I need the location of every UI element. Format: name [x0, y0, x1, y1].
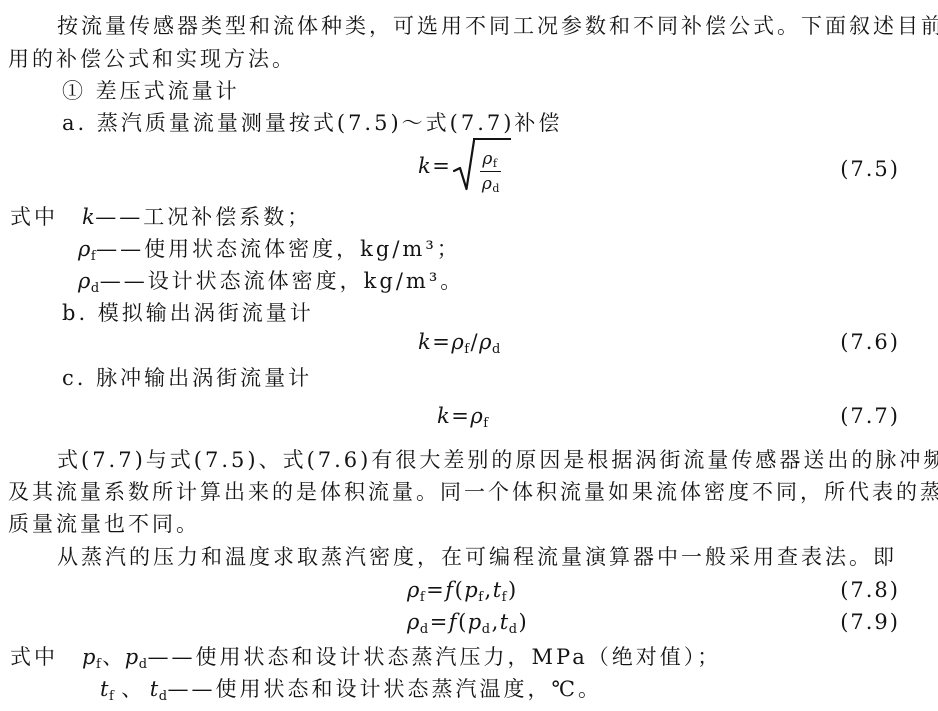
subscript-f: f	[109, 689, 114, 704]
fraction: ρfρd	[480, 149, 501, 194]
var-p-f: p	[82, 645, 96, 669]
document-page: 按流量传感器类型和流体种类，可选用不同工况参数和不同补偿公式。下面叙述目前常 用…	[0, 0, 938, 711]
subscript-f: f	[493, 157, 498, 170]
equation-number-7-5: (7.5)	[840, 156, 900, 182]
definition-t-text: ——使用状态和设计状态蒸汽温度，℃。	[168, 677, 603, 701]
subscript-d: d	[139, 657, 148, 672]
function-f: f	[445, 578, 453, 602]
list-item-a-steam-mass-flow: a. 蒸汽质量流量测量按式(7.5)～式(7.7)补偿	[62, 110, 562, 136]
var-t-f: t	[100, 677, 109, 701]
radical-icon	[453, 138, 475, 194]
definition-p-text: ——使用状态和设计状态蒸汽压力，MPa（绝对值）；	[148, 645, 722, 669]
paragraph-3-line-1: 从蒸汽的压力和温度求取蒸汽密度，在可编程流量演算器中一般采用查表法。即	[57, 544, 897, 570]
var-rho-d: ρ	[482, 174, 493, 194]
fraction-denominator: ρd	[482, 172, 500, 194]
right-paren: )	[518, 610, 529, 634]
definition-t: tf、td——使用状态和设计状态蒸汽温度，℃。	[100, 676, 602, 702]
definition-p: 式中pf、pd——使用状态和设计状态蒸汽压力，MPa（绝对值）；	[10, 644, 721, 670]
subscript-d: d	[492, 342, 501, 357]
var-p-f: p	[464, 578, 478, 602]
var-t-d: t	[150, 677, 159, 701]
paragraph-1-line-2: 用的补偿公式和实现方法。	[8, 46, 296, 72]
subscript-d: d	[482, 622, 491, 637]
subscript-f: f	[478, 590, 483, 605]
var-t-f: t	[493, 578, 502, 602]
fraction-numerator: ρf	[480, 149, 501, 172]
equation-number-7-9: (7.9)	[840, 609, 900, 635]
definition-rho-d: ρd——设计状态流体密度，kg/m³。	[78, 268, 464, 294]
divide-slash: /	[470, 330, 480, 354]
list-item-c-pulse-vortex-flowmeter: c. 脉冲输出涡街流量计	[62, 365, 312, 391]
definition-k: 式中k——工况补偿系数；	[10, 204, 311, 230]
var-t-d: t	[500, 610, 509, 634]
var-rho-f: ρ	[482, 149, 493, 169]
subscript-f: f	[483, 416, 488, 431]
var-k: k	[418, 153, 431, 179]
equation-7-7: k=ρf	[437, 403, 489, 429]
subscript-d: d	[91, 281, 100, 296]
equals-sign: =	[431, 153, 451, 179]
equals-sign: =	[431, 330, 451, 354]
comma: ,	[491, 610, 500, 634]
equals-sign: =	[425, 578, 445, 602]
var-rho-d: ρ	[407, 610, 420, 634]
subscript-d: d	[492, 182, 500, 195]
equation-number-7-8: (7.8)	[840, 577, 900, 603]
equation-7-9: ρd=f(pd,td)	[407, 609, 528, 635]
left-paren: (	[457, 610, 468, 634]
definition-rho-d-text: ——设计状态流体密度，kg/m³。	[100, 269, 465, 293]
list-item-b-analog-vortex-flowmeter: b. 模拟输出涡街流量计	[62, 300, 314, 326]
equals-sign: =	[450, 404, 470, 428]
list-item-differential-pressure-flowmeter: ① 差压式流量计	[62, 78, 240, 104]
subscript-f: f	[464, 342, 469, 357]
paragraph-2-line-1: 式(7.7)与式(7.5)、式(7.6)有很大差别的原因是根据涡街流量传感器送出…	[57, 447, 938, 473]
definition-k-text: ——工况补偿系数；	[95, 205, 311, 229]
var-p-d: p	[468, 610, 482, 634]
equation-number-7-7: (7.7)	[840, 403, 900, 429]
comma: ,	[484, 578, 493, 602]
paragraph-1-line-1: 按流量传感器类型和流体种类，可选用不同工况参数和不同补偿公式。下面叙述目前常	[57, 13, 938, 39]
square-root: ρfρd	[453, 138, 511, 194]
equation-7-6: k=ρf/ρd	[418, 329, 501, 355]
var-k: k	[82, 205, 95, 229]
ideographic-comma: 、	[101, 645, 125, 669]
where-label: 式中	[10, 645, 58, 669]
var-k: k	[437, 404, 450, 428]
ideographic-comma: 、	[120, 677, 144, 701]
equation-7-5: k=ρfρd	[418, 136, 511, 196]
subscript-d: d	[159, 689, 168, 704]
equation-7-8: ρf=f(pf,tf)	[407, 577, 518, 603]
var-rho-d: ρ	[479, 330, 492, 354]
definition-rho-f-text: ——使用状态流体密度，kg/m³；	[96, 237, 461, 261]
var-p-d: p	[125, 645, 139, 669]
left-paren: (	[454, 578, 465, 602]
where-label: 式中	[10, 205, 58, 229]
subscript-d: d	[509, 622, 518, 637]
var-rho-f: ρ	[78, 237, 91, 261]
subscript-d: d	[420, 622, 429, 637]
var-rho-f: ρ	[407, 578, 420, 602]
var-k: k	[418, 330, 431, 354]
definition-rho-f: ρf——使用状态流体密度，kg/m³；	[78, 236, 461, 262]
radicand: ρfρd	[473, 138, 511, 194]
right-paren: )	[507, 578, 518, 602]
paragraph-2-line-3: 质量流量也不同。	[8, 511, 200, 537]
var-rho-d: ρ	[78, 269, 91, 293]
equation-number-7-6: (7.6)	[840, 329, 900, 355]
var-rho-f: ρ	[470, 404, 483, 428]
equals-sign: =	[429, 610, 449, 634]
function-f: f	[449, 610, 457, 634]
var-rho-f: ρ	[451, 330, 464, 354]
paragraph-2-line-2: 及其流量系数所计算出来的是体积流量。同一个体积流量如果流体密度不同，所代表的蒸汽	[8, 479, 938, 505]
